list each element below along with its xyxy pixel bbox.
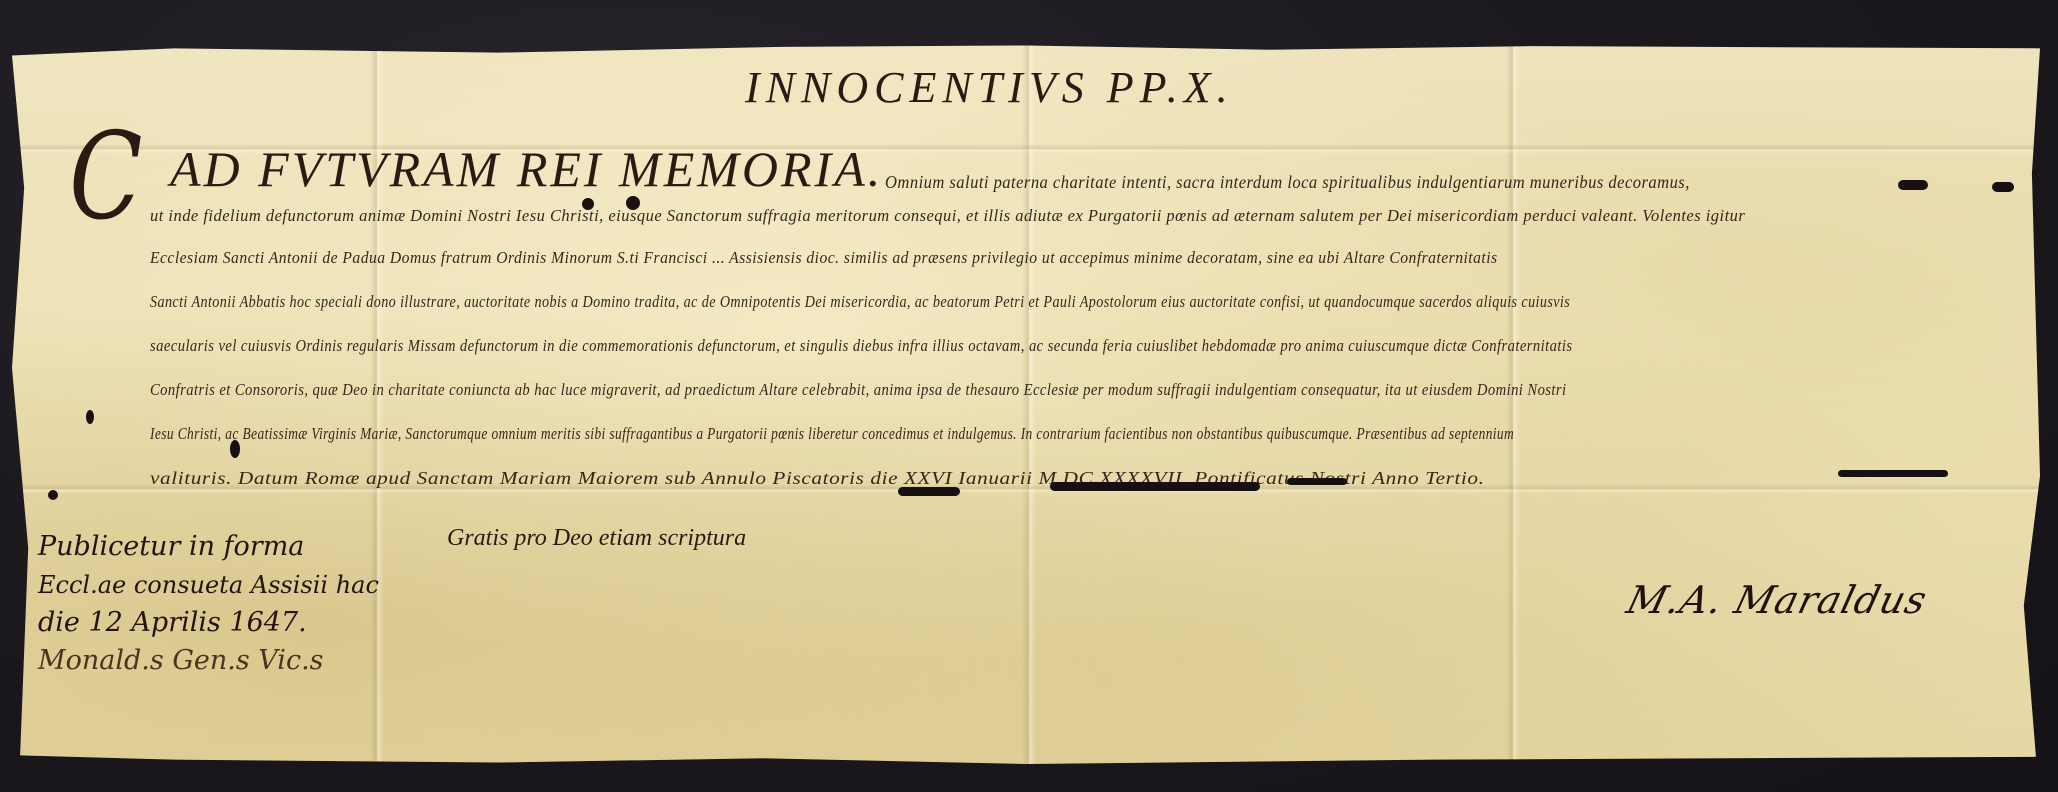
body-line: Omnium saluti paterna charitate intenti,… [885,172,1690,193]
document-heading: AD FVTVRAM REI MEMORIA. [170,140,883,198]
body-line: Iesu Christi, ac Beatissimæ Virginis Mar… [150,424,1514,444]
ink-smear [1898,180,1928,190]
ink-smear [1050,482,1260,491]
note-line: Monald.s Gen.s Vic.s [38,642,398,680]
ink-stain [626,196,640,210]
body-line: ut inde fidelium defunctorum animæ Domin… [150,206,1745,226]
note-line: die 12 Aprilis 1647. [38,604,398,642]
ink-stain [86,410,94,424]
ink-stain [230,440,240,458]
body-line: valituris. Datum Romæ apud Sanctam Maria… [150,468,1485,489]
decorated-initial: C [69,118,142,238]
ink-stain [582,198,594,210]
ink-smear [1838,470,1948,477]
ink-smear [1287,478,1347,485]
body-line: Sancti Antonii Abbatis hoc speciali dono… [150,292,1570,312]
ink-stain [48,490,58,500]
note-line: Eccl.ae consueta Assisii hac [38,566,398,604]
note-line: Publicetur in forma [38,528,398,566]
ink-smear [1992,182,2014,192]
marginal-note: Publicetur in forma Eccl.ae consueta Ass… [38,528,398,680]
document-title: INNOCENTIVS PP.X. [745,62,1234,113]
body-line: saecularis vel cuiusvis Ordinis regulari… [150,336,1572,356]
ink-smear [898,487,960,496]
witness-line: Gratis pro Deo etiam scriptura [447,525,746,552]
signature: M.A. Maraldus [1623,578,1932,622]
body-line: Confratris et Consororis, quæ Deo in cha… [150,380,1567,400]
body-line: Ecclesiam Sancti Antonii de Padua Domus … [150,248,1498,268]
